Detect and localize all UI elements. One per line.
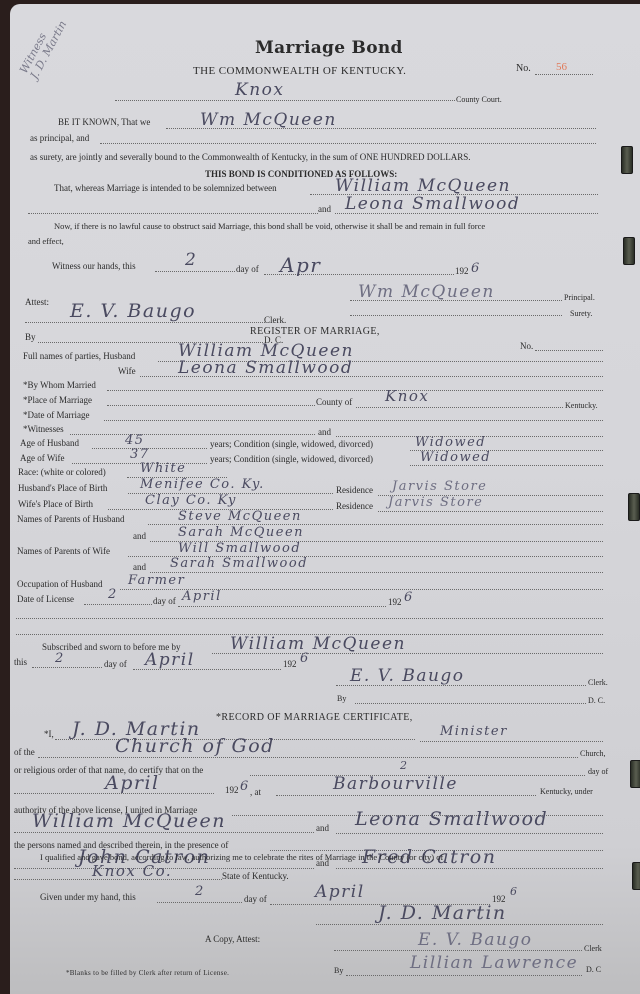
witnesses-label: *Witnesses: [23, 425, 64, 434]
condition-wife: Widowed: [420, 451, 491, 464]
line: [157, 902, 242, 903]
husband-father: Steve McQueen: [178, 510, 302, 523]
line: [276, 795, 536, 796]
church-value: Church of God: [115, 737, 275, 756]
register-heading: REGISTER OF MARRIAGE,: [250, 327, 380, 337]
line: [107, 405, 315, 406]
cert-at-label: , at: [250, 788, 261, 797]
cert-month: April: [105, 774, 160, 793]
wife-residence: Jarvis Store: [388, 496, 483, 509]
bride-name: Leona Smallwood: [355, 810, 548, 829]
given-year-suffix: 6: [510, 886, 519, 897]
county-court-label: County Court.: [456, 96, 502, 104]
occupation-label: Occupation of Husband: [17, 580, 102, 589]
copy-clerk-signature: E. V. Baugo: [418, 932, 533, 949]
line: [378, 511, 603, 512]
given-day: 2: [195, 885, 205, 898]
line: [14, 879, 222, 880]
day-of-label: day of: [236, 265, 259, 274]
sworn-day-of-label: day of: [104, 660, 127, 669]
line: [535, 350, 603, 351]
husband-birth-value: Menifee Co. Ky.: [140, 478, 265, 491]
residence-label-husband: Residence: [336, 486, 373, 495]
sworn-year-suffix: 6: [300, 652, 310, 665]
line: [356, 407, 563, 408]
parents-wife-label: Names of Parents of Wife: [17, 547, 110, 556]
line: [336, 833, 603, 834]
year-prefix: 192: [455, 267, 469, 276]
sworn-this-label: this: [14, 658, 27, 667]
year-suffix: 6: [471, 262, 481, 275]
line: [355, 703, 586, 704]
county-of-label: County of: [316, 398, 352, 407]
state-label: State of Kentucky.: [222, 872, 289, 881]
attest-label: Attest:: [25, 298, 49, 307]
copy-clerk-label: Clerk: [584, 945, 602, 953]
sworn-clerk-signature: E. V. Baugo: [350, 668, 465, 685]
wife-birth-value: Clay Co. Ky: [145, 494, 237, 507]
blank-line: [16, 618, 603, 619]
line: [535, 74, 593, 75]
license-day-of-label: day of: [153, 597, 176, 606]
line: [104, 420, 603, 421]
sworn-day: 2: [55, 652, 65, 665]
line: [178, 606, 386, 607]
party1-value: William McQueen: [335, 178, 511, 195]
sworn-year-prefix: 192: [283, 660, 297, 669]
husband-residence: Jarvis Store: [392, 480, 487, 493]
sworn-clerk-label: Clerk.: [588, 679, 608, 687]
full-names-label: Full names of parties, Husband: [23, 352, 135, 361]
given-label: Given under my hand, this: [40, 893, 136, 902]
date-of-marriage-label: *Date of Marriage: [23, 411, 89, 420]
copy-attest-label: A Copy, Attest:: [205, 935, 260, 944]
groom-name: William McQueen: [32, 812, 226, 831]
wife-name: Leona Smallwood: [178, 360, 353, 377]
cert-year-suffix: 6: [240, 780, 250, 793]
condition-label-husband: years; Condition (single, widowed, divor…: [210, 440, 373, 449]
line: [350, 315, 562, 316]
line: [150, 572, 603, 573]
officiant-signature: J. D. Martin: [378, 904, 507, 923]
binder-tab: [630, 760, 640, 788]
church-label: Church,: [580, 750, 606, 758]
age-wife-label: Age of Wife: [20, 454, 64, 463]
bond-number-label: No.: [516, 64, 531, 74]
occupation-value: Farmer: [128, 574, 185, 587]
wife-father: Will Smallwood: [178, 542, 301, 555]
lawful-text: Now, if there is no lawful cause to obst…: [54, 222, 485, 231]
and-label: and: [318, 205, 331, 214]
bond-number: 56: [556, 62, 567, 73]
place-label: *Place of Marriage: [23, 396, 92, 405]
be-it-known-label: BE IT KNOWN, That we: [58, 118, 150, 127]
line: [107, 390, 603, 391]
husband-birth-label: Husband's Place of Birth: [18, 484, 107, 493]
license-day: 2: [108, 588, 118, 601]
license-year-prefix: 192: [388, 598, 402, 607]
party2-value: Leona Smallwood: [345, 196, 520, 213]
age-wife-value: 37: [130, 448, 150, 461]
document-title: Marriage Bond: [255, 40, 403, 57]
cert-and-label: and: [316, 824, 329, 833]
age-husband-value: 45: [125, 434, 145, 447]
line: [70, 434, 315, 435]
line: [316, 924, 603, 925]
principal-signature: Wm McQueen: [358, 284, 495, 301]
clerk-signature: E. V. Baugo: [70, 302, 196, 321]
license-date-label: Date of License: [17, 595, 74, 604]
register-county: Knox: [385, 389, 429, 404]
surety-text: as surety, are jointly and severally bou…: [30, 153, 471, 162]
cert-place: Barbourville: [333, 776, 458, 793]
husband-mother: Sarah McQueen: [178, 526, 304, 539]
line: [410, 465, 603, 466]
by-label: By: [25, 333, 36, 342]
cert-i-label: *I,: [44, 730, 54, 739]
cert-county: Knox Co.: [92, 864, 172, 879]
line: [115, 100, 455, 101]
line: [346, 975, 582, 976]
witness-label: Witness our hands, this: [52, 262, 136, 271]
condition-husband: Widowed: [415, 436, 486, 449]
principal-label: as principal, and: [30, 134, 89, 143]
copy-dc-label: D. C: [586, 966, 601, 974]
line: [25, 322, 265, 323]
line: [38, 757, 578, 758]
clerk-label: Clerk.: [264, 316, 286, 325]
binder-tab: [623, 237, 635, 265]
binder-tab: [632, 862, 640, 890]
line: [100, 143, 596, 144]
license-year-suffix: 6: [404, 591, 414, 604]
sworn-dc-label: D. C.: [588, 697, 605, 705]
lawful-text-2: and effect,: [28, 237, 64, 246]
race-value: White: [140, 462, 186, 475]
line: [32, 667, 102, 668]
cert-day: 2: [400, 760, 409, 771]
line: [336, 868, 603, 869]
by-whom-label: *By Whom Married: [23, 381, 96, 390]
register-number-label: No.: [520, 342, 533, 351]
license-month: April: [182, 590, 222, 603]
cert-day-of-label: day of: [588, 768, 608, 776]
residence-label-wife: Residence: [336, 502, 373, 511]
wife-birth-label: Wife's Place of Birth: [18, 500, 93, 509]
parents-husband-label: Names of Parents of Husband: [17, 515, 124, 524]
of-the-label: of the: [14, 748, 35, 757]
sworn-month: April: [145, 652, 195, 669]
given-day-of-label: day of: [244, 895, 267, 904]
line: [155, 271, 235, 272]
line: [84, 604, 152, 605]
parents-wife-and: and: [133, 563, 146, 572]
surety-sig-label: Surety.: [570, 310, 592, 318]
officiant-title: Minister: [440, 725, 508, 738]
kentucky-label: Kentucky.: [565, 402, 598, 410]
county-court-value: Knox: [235, 82, 284, 99]
parents-husband-and: and: [133, 532, 146, 541]
footnote: *Blanks to be filled by Clerk after retu…: [66, 970, 229, 977]
cert-year-prefix: 192: [225, 786, 239, 795]
copy-by-label: By: [334, 967, 343, 975]
solemnized-label: That, whereas Marriage is intended to be…: [54, 184, 277, 193]
qualified-label: I qualified and gave bond, according to …: [40, 853, 443, 862]
witness-day: 2: [185, 252, 197, 269]
kentucky-under-label: Kentucky, under: [540, 788, 593, 796]
binder-tab: [621, 146, 633, 174]
certificate-heading: *RECORD OF MARRIAGE CERTIFICATE,: [216, 713, 413, 723]
principal-sig-label: Principal.: [564, 294, 595, 302]
line: [420, 741, 603, 742]
witness-month: Apr: [280, 255, 321, 275]
line: [334, 950, 582, 951]
deputy-signature: Lillian Lawrence: [410, 955, 578, 972]
document-subtitle: THE COMMONWEALTH OF KENTUCKY.: [193, 66, 406, 77]
line: [28, 213, 318, 214]
witnesses-and-label: and: [318, 428, 331, 437]
sworn-by-label: By: [337, 695, 346, 703]
sworn-by-value: William McQueen: [230, 636, 406, 653]
wife-mother: Sarah Smallwood: [170, 557, 308, 570]
condition-label-wife: years; Condition (single, widowed, divor…: [210, 455, 373, 464]
binder-tab: [628, 493, 640, 521]
age-husband-label: Age of Husband: [20, 439, 79, 448]
principal-value: Wm McQueen: [200, 112, 337, 129]
wife-label: Wife: [118, 367, 136, 376]
race-label: Race: (white or colored): [18, 468, 106, 477]
given-month: April: [315, 884, 365, 901]
line: [14, 832, 314, 833]
